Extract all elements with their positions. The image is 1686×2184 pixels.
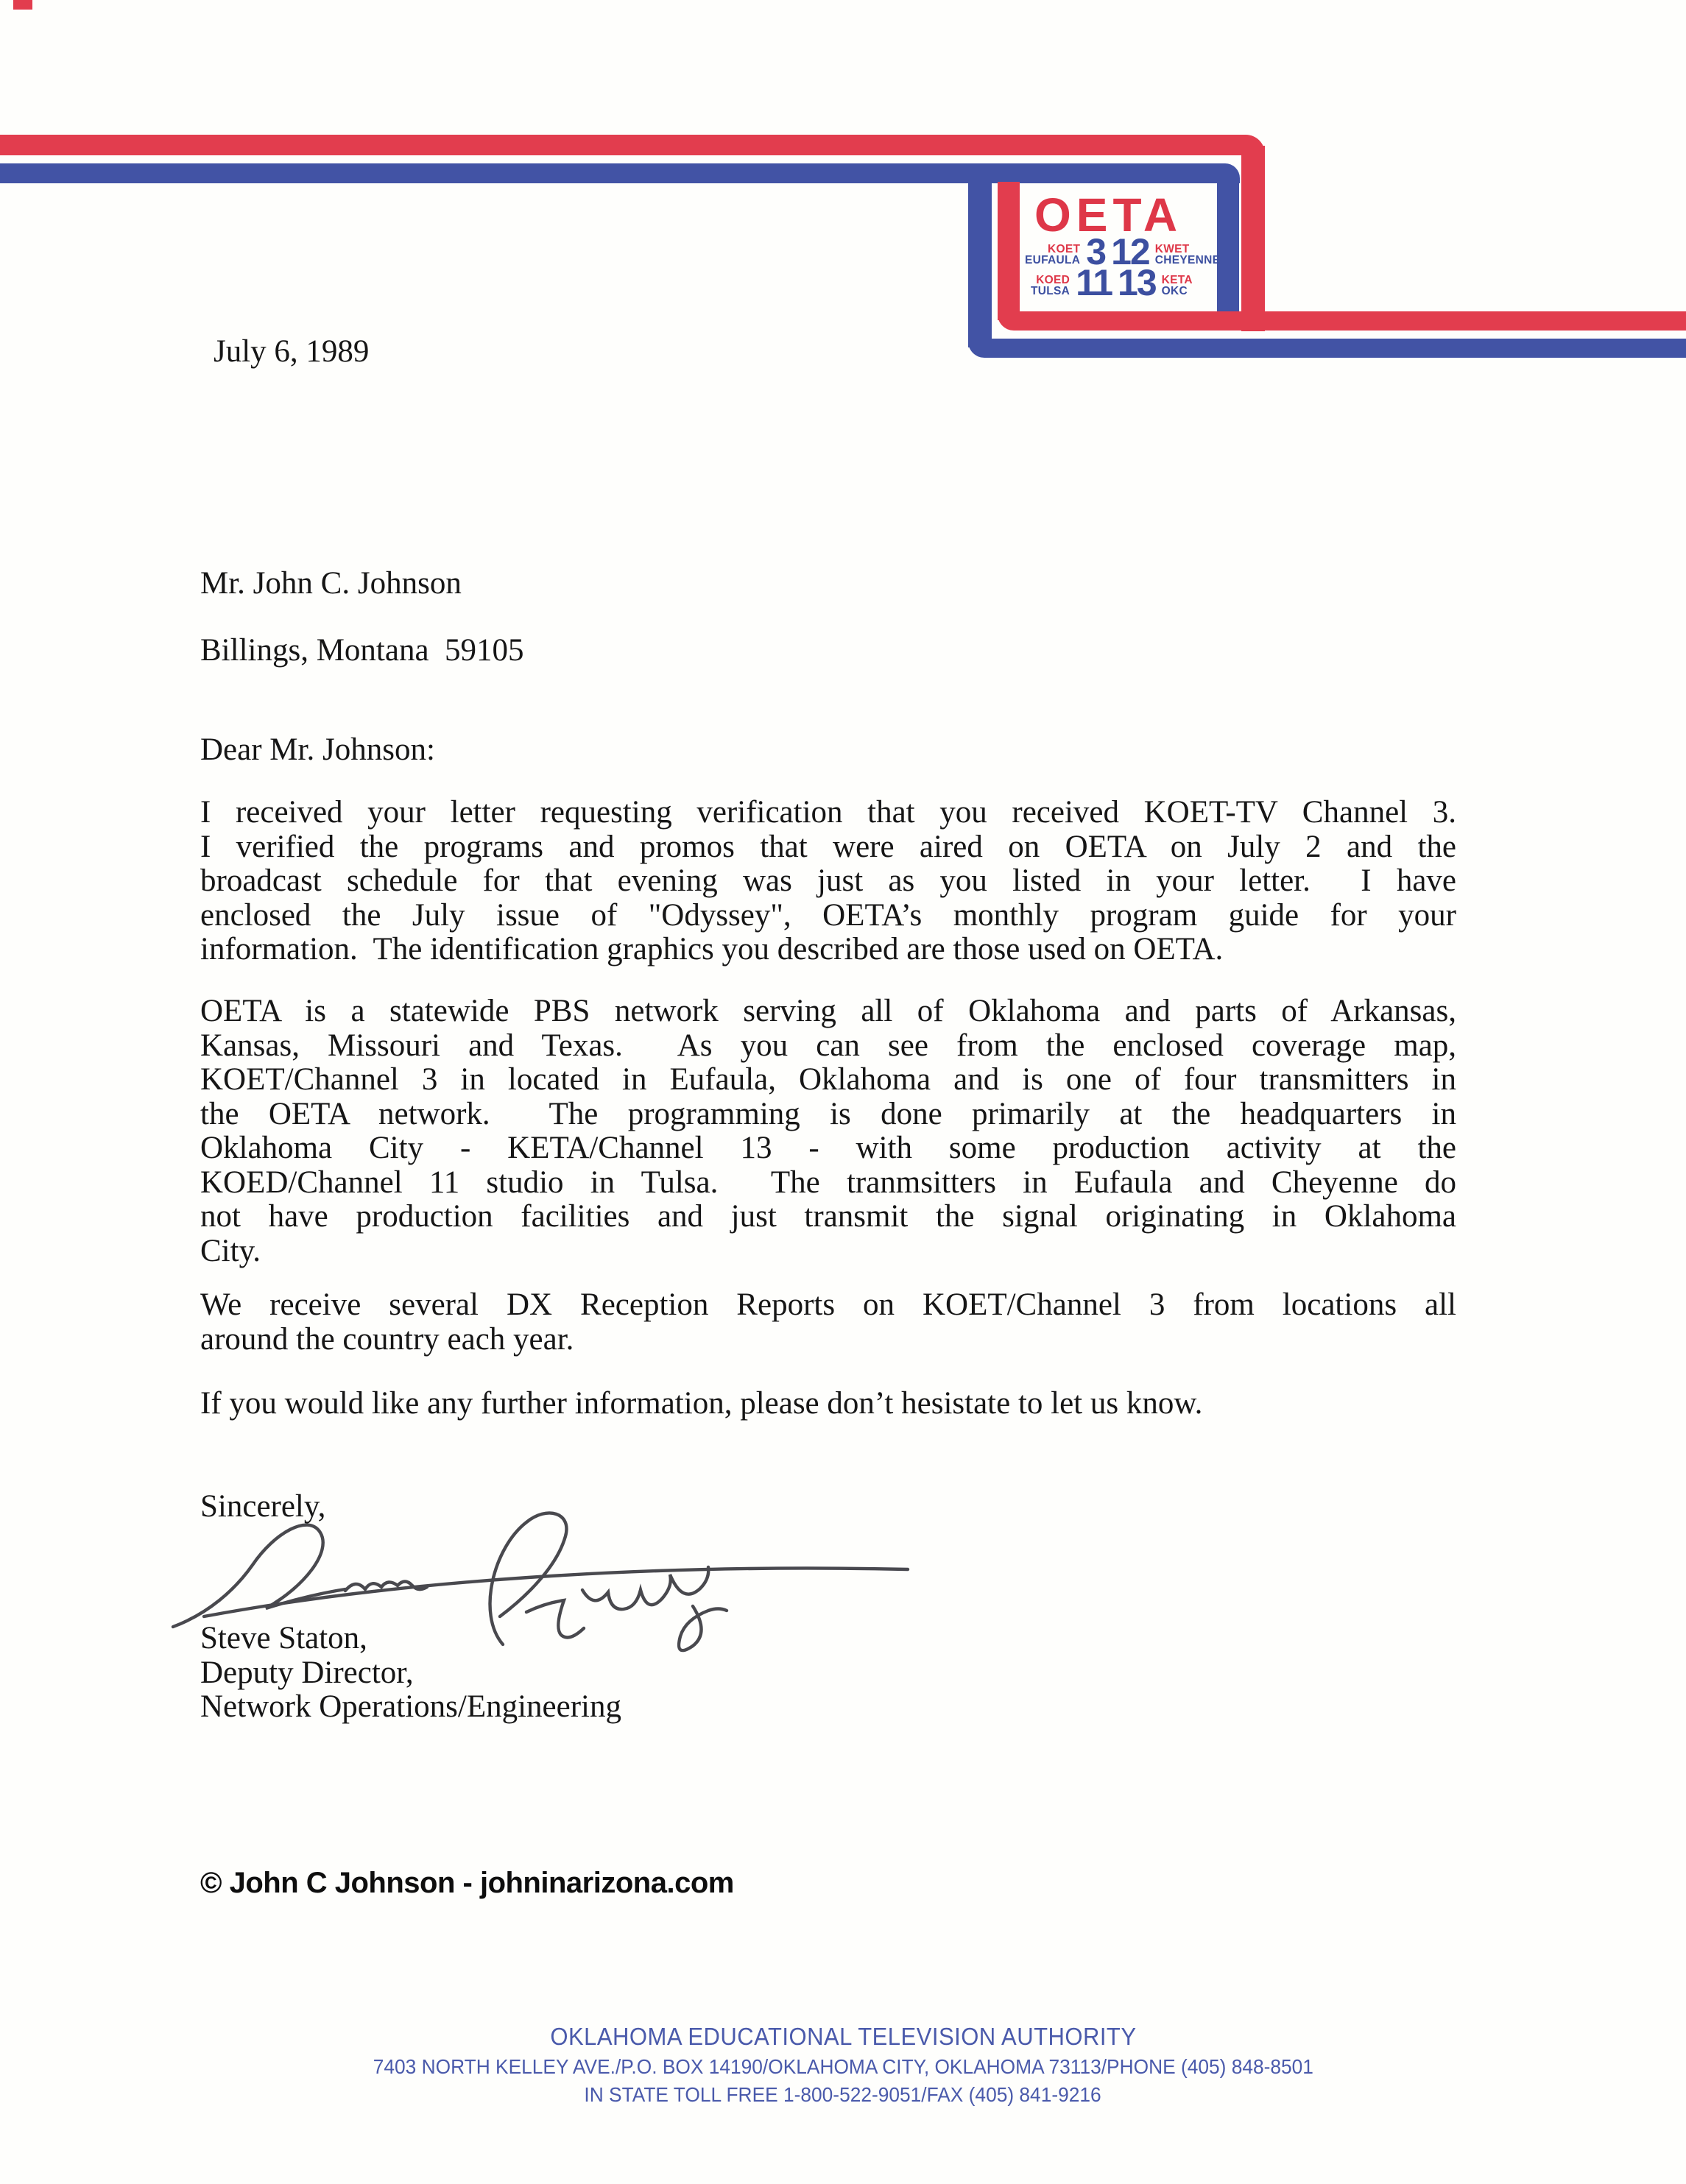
- footer-address-phone: 7403 NORTH KELLEY AVE./P.O. BOX 14190/OK…: [0, 2055, 1686, 2079]
- paragraph-3: We receive several DX Reception Reports …: [200, 1288, 1456, 1357]
- signer-title: Deputy Director,: [200, 1656, 621, 1691]
- paragraph-2: OETA is a statewide PBS network serving …: [200, 994, 1456, 1268]
- body-line: KOED/Channel 11 studio in Tulsa. The tra…: [200, 1166, 1456, 1201]
- oeta-logo-title: OETA: [1034, 193, 1182, 237]
- footer-authority-name: OKLAHOMA EDUCATIONAL TELEVISION AUTHORIT…: [0, 2023, 1686, 2051]
- channel-11: 11: [1076, 268, 1112, 297]
- letter-date: July 6, 1989: [214, 335, 369, 369]
- signer-block: Steve Staton, Deputy Director, Network O…: [200, 1622, 621, 1725]
- body-line: OETA is a statewide PBS network serving …: [200, 994, 1456, 1029]
- scan-speck: [13, 0, 32, 10]
- paragraph-1: I received your letter requesting verifi…: [200, 796, 1456, 967]
- signer-department: Network Operations/Engineering: [200, 1690, 621, 1725]
- stripe-red-top: [0, 135, 1265, 155]
- stripe-blue-bottom: [968, 339, 1686, 358]
- copyright-watermark: © John C Johnson - johninarizona.com: [200, 1867, 734, 1900]
- body-line: broadcast schedule for that evening was …: [200, 864, 1456, 899]
- recipient-city: Billings, Montana 59105: [200, 634, 524, 668]
- body-line: KOET/Channel 3 in located in Eufaula, Ok…: [200, 1063, 1456, 1098]
- paragraph-4: If you would like any further informatio…: [200, 1387, 1456, 1421]
- body-line: enclosed the July issue of "Odyssey", OE…: [200, 899, 1456, 933]
- body-line: We receive several DX Reception Reports …: [200, 1288, 1456, 1323]
- salutation: Dear Mr. Johnson:: [200, 733, 435, 767]
- stripe-red-left: [998, 182, 1020, 320]
- body-line: information. The identification graphics…: [200, 933, 1456, 967]
- stripe-red-bottom: [998, 311, 1686, 331]
- stripe-blue-left: [968, 171, 992, 347]
- station-kwet: KWET CHEYENNE: [1155, 244, 1221, 266]
- body-line: the OETA network. The programming is don…: [200, 1098, 1456, 1132]
- logo-station-row-2: KOED TULSA 11 13 KETA OKC: [1031, 268, 1193, 297]
- stripe-blue-top: [0, 163, 1240, 183]
- station-koed: KOED TULSA: [1031, 275, 1070, 297]
- signer-name: Steve Staton,: [200, 1622, 621, 1656]
- footer-tollfree-fax: IN STATE TOLL FREE 1-800-522-9051/FAX (4…: [0, 2083, 1686, 2107]
- body-line: Oklahoma City - KETA/Channel 13 - with s…: [200, 1131, 1456, 1166]
- body-line: City.: [200, 1234, 1456, 1269]
- body-line: I received your letter requesting verifi…: [200, 796, 1456, 830]
- body-line: not have production facilities and just …: [200, 1200, 1456, 1234]
- recipient-name: Mr. John C. Johnson: [200, 567, 462, 601]
- body-line: Kansas, Missouri and Texas. As you can s…: [200, 1029, 1456, 1064]
- station-keta: KETA OKC: [1162, 275, 1193, 297]
- stripe-red-right: [1241, 146, 1265, 331]
- channel-13: 13: [1118, 268, 1156, 297]
- body-line: around the country each year.: [200, 1323, 1456, 1357]
- body-line: I verified the programs and promos that …: [200, 830, 1456, 865]
- letter-page: OETA KOET EUFAULA 3 12 KWET CHEYENNE KOE…: [0, 0, 1686, 2184]
- body-line: If you would like any further informatio…: [200, 1387, 1456, 1421]
- station-koet: KOET EUFAULA: [1025, 244, 1080, 266]
- stripe-blue-right: [1217, 175, 1239, 312]
